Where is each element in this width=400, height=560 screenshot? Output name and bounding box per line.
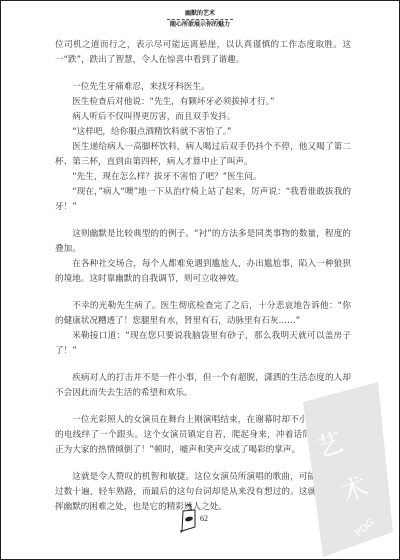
paragraph: 不幸的光勒先生病了。医生彻底检查完了之后，十分悲哀地告诉他：“你的健康状况糟透了… xyxy=(55,299,351,329)
page-footer: 62 xyxy=(175,503,255,543)
book-subtitle: 随心所欲展示你的魅力 xyxy=(0,21,400,29)
paragraph: “先生，现在怎么样？拔牙不害怕了吧？”医生问。 xyxy=(55,170,351,185)
paragraph: 在各种社交场合，每个人都难免遇到尴尬人，办出尴尬事，陷入一种狼狈的境地。这时靠幽… xyxy=(55,257,351,287)
page-number: 62 xyxy=(200,514,208,523)
ink-bottle-icon xyxy=(178,503,200,533)
paragraph: 病人听后不仅叫得更厉害，而且双手发抖。 xyxy=(55,110,351,125)
page-body: 位司机之道而行之，表示尽可能远离悬崖，以认真谨慎的工作态度取胜。这一“跌”，跌出… xyxy=(55,38,351,515)
header-divider xyxy=(167,19,233,20)
paragraph: 一位先生牙痛难忍，来找牙科医生。 xyxy=(55,80,351,95)
paragraph: 一位光彩照人的女演员在舞台上刚演唱结束，在谢幕时却不小心被麦克风的电线绊了一个跟… xyxy=(55,413,351,458)
paragraph: “这样吧，给你服点酒精饮料就不害怕了。” xyxy=(55,125,351,140)
paragraph: 医生递给病人一高脚杯饮料，病人喝过后双手仍抖个不停，他又喝了第二杯、第三杯，直到… xyxy=(55,140,351,170)
book-title: 幽默的艺术 xyxy=(0,10,400,18)
paragraph: 位司机之道而行之，表示尽可能远离悬崖，以认真谨慎的工作态度取胜。这一“跌”，跌出… xyxy=(55,38,351,68)
running-header: 幽默的艺术 随心所欲展示你的魅力 xyxy=(0,10,400,29)
paragraph: 米勒接口道：“现在您只要说我脑袋里有砂子，那么我明天就可以盖房子了！” xyxy=(55,329,351,359)
paragraph: 医生检查后对他说：“先生，有颗坏牙必须拔掉才行。” xyxy=(55,95,351,110)
paragraph: “现在，”病人“噢”地一下从治疗椅上站了起来，厉声说：“我看谁敢拔我的牙！” xyxy=(55,185,351,215)
paragraph: 疾病对人的打击并不是一件小事，但一个有超脱，潇洒的生活态度的人却不会因此而失去生… xyxy=(55,371,351,401)
paragraph: 这则幽默是比较典型的的例子。“衬”的方法多是同类事物的数量，程度的叠加。 xyxy=(55,227,351,257)
